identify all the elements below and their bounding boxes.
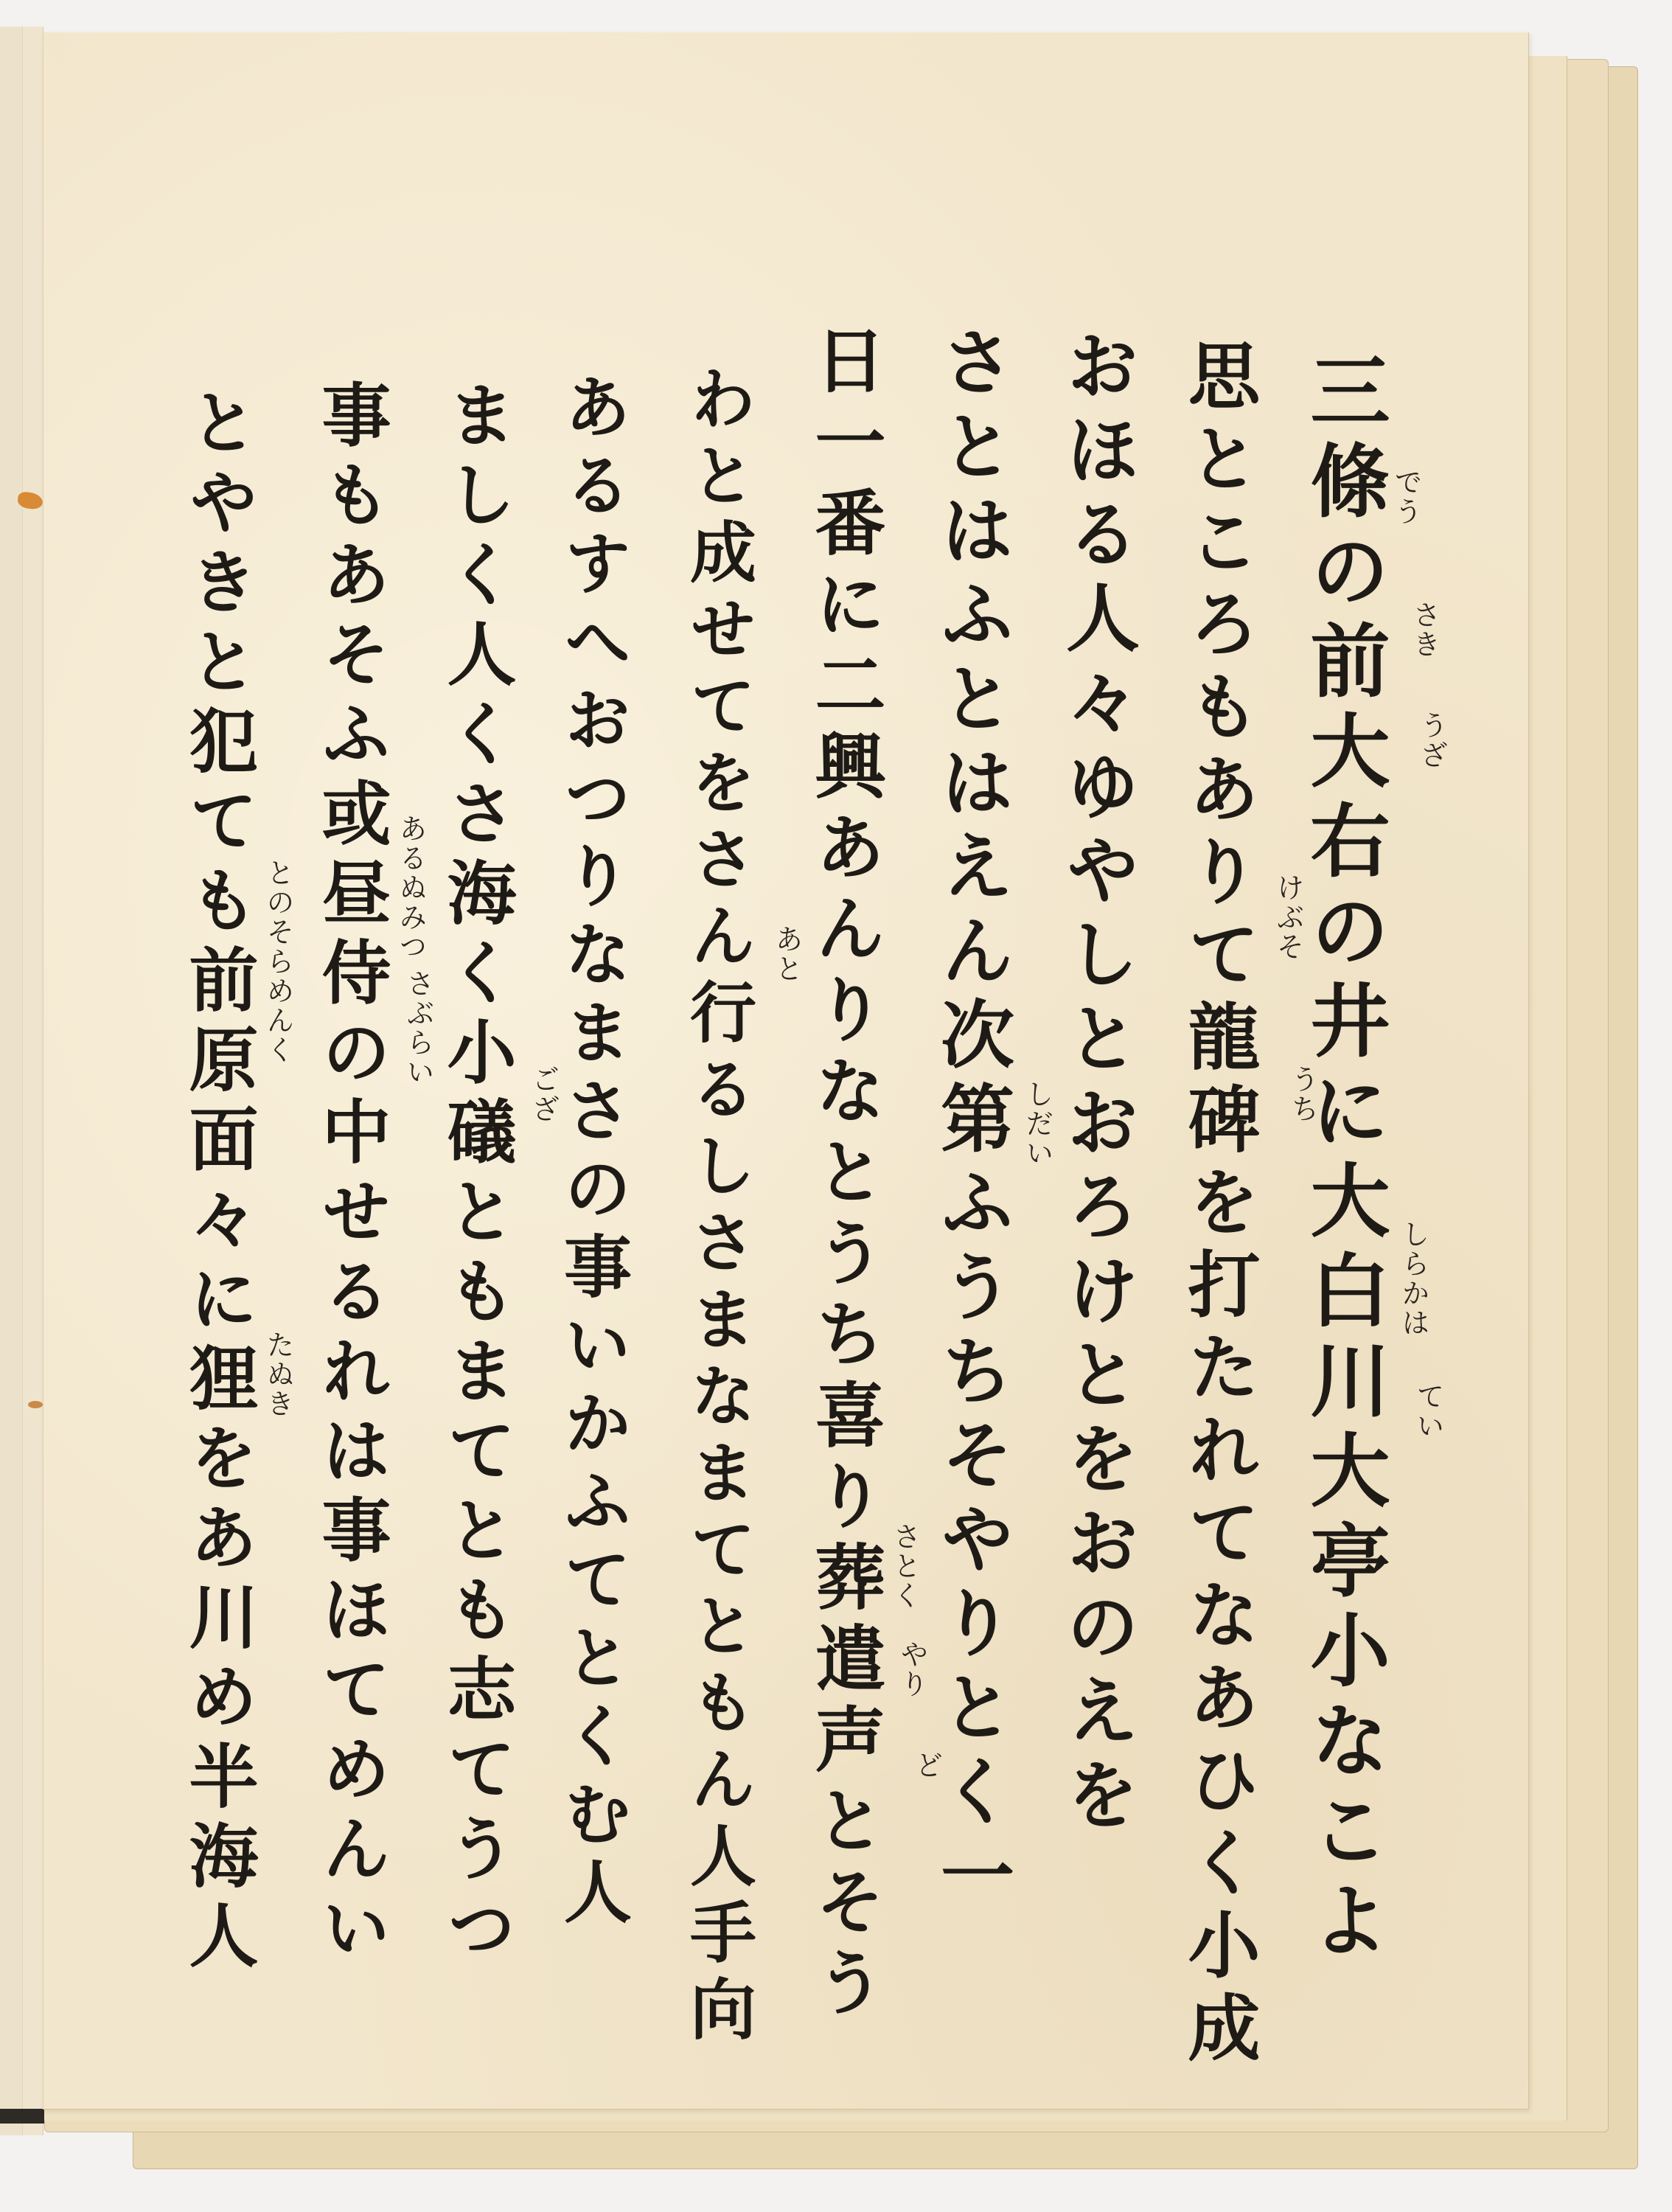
furigana: しだい	[1023, 1079, 1051, 1168]
furigana: あと	[773, 925, 801, 984]
furigana: たぬき	[264, 1330, 292, 1419]
binding-thread-lower	[28, 1401, 43, 1408]
cover-binding-edge	[0, 2109, 44, 2124]
text-column-4: さとはふとはえん次第ふうちそやりとく一	[935, 324, 1009, 1921]
furigana: うち	[1289, 1065, 1317, 1124]
furigana: でう	[1392, 467, 1420, 526]
furigana: てい	[1414, 1382, 1442, 1441]
text-column-5: 日一番に二興あんりなとうち喜り葬遣声とそう	[809, 324, 880, 2027]
text-column-9: 事もあそふ或昼侍の中せるれは事ほてめんい	[316, 379, 385, 1972]
furigana: やり	[898, 1640, 926, 1699]
book-photograph: 三條の前大右の井に大白川大亭小なこよ でう さき うざ しらかは てい 思ところ…	[0, 0, 1672, 2212]
furigana: さぶらい	[404, 969, 432, 1087]
furigana: ど	[913, 1750, 941, 1780]
text-column-1: 三條の前大右の井に大白川大亭小なこよ	[1303, 349, 1383, 1969]
manuscript-page: 三條の前大右の井に大白川大亭小なこよ でう さき うざ しらかは てい 思ところ…	[43, 32, 1529, 2110]
text-column-6: わと成せてをさん行るしさまなまてともん人手向	[684, 364, 750, 2051]
text-column-3: おほる人々ゆやしとおろけとをおのえを	[1060, 327, 1134, 1840]
gutter-line	[43, 32, 43, 2109]
text-column-7: あるすへおつりなまさの事いかふてとくむ人	[559, 372, 627, 1935]
left-facing-page-inner-edge	[0, 27, 23, 2135]
furigana: とのそらめんく	[264, 858, 292, 1065]
furigana: さき	[1410, 600, 1438, 659]
text-column-2: 思ところもありて龍碑を打たれてなあひく小成	[1182, 338, 1254, 2073]
furigana: あるぬみつ	[397, 814, 425, 961]
furigana: けぶそ	[1274, 873, 1302, 961]
furigana: ござ	[529, 1065, 557, 1124]
furigana: しらかは	[1399, 1220, 1427, 1338]
furigana: うざ	[1418, 711, 1446, 770]
furigana: さとく	[891, 1522, 919, 1610]
text-column-8: ましく人くさ海く小礒ともまてとも志てうつ	[441, 379, 510, 1972]
text-column-10: とやきと犯ても前原面々に狸をあ川め半海人	[183, 386, 252, 1979]
